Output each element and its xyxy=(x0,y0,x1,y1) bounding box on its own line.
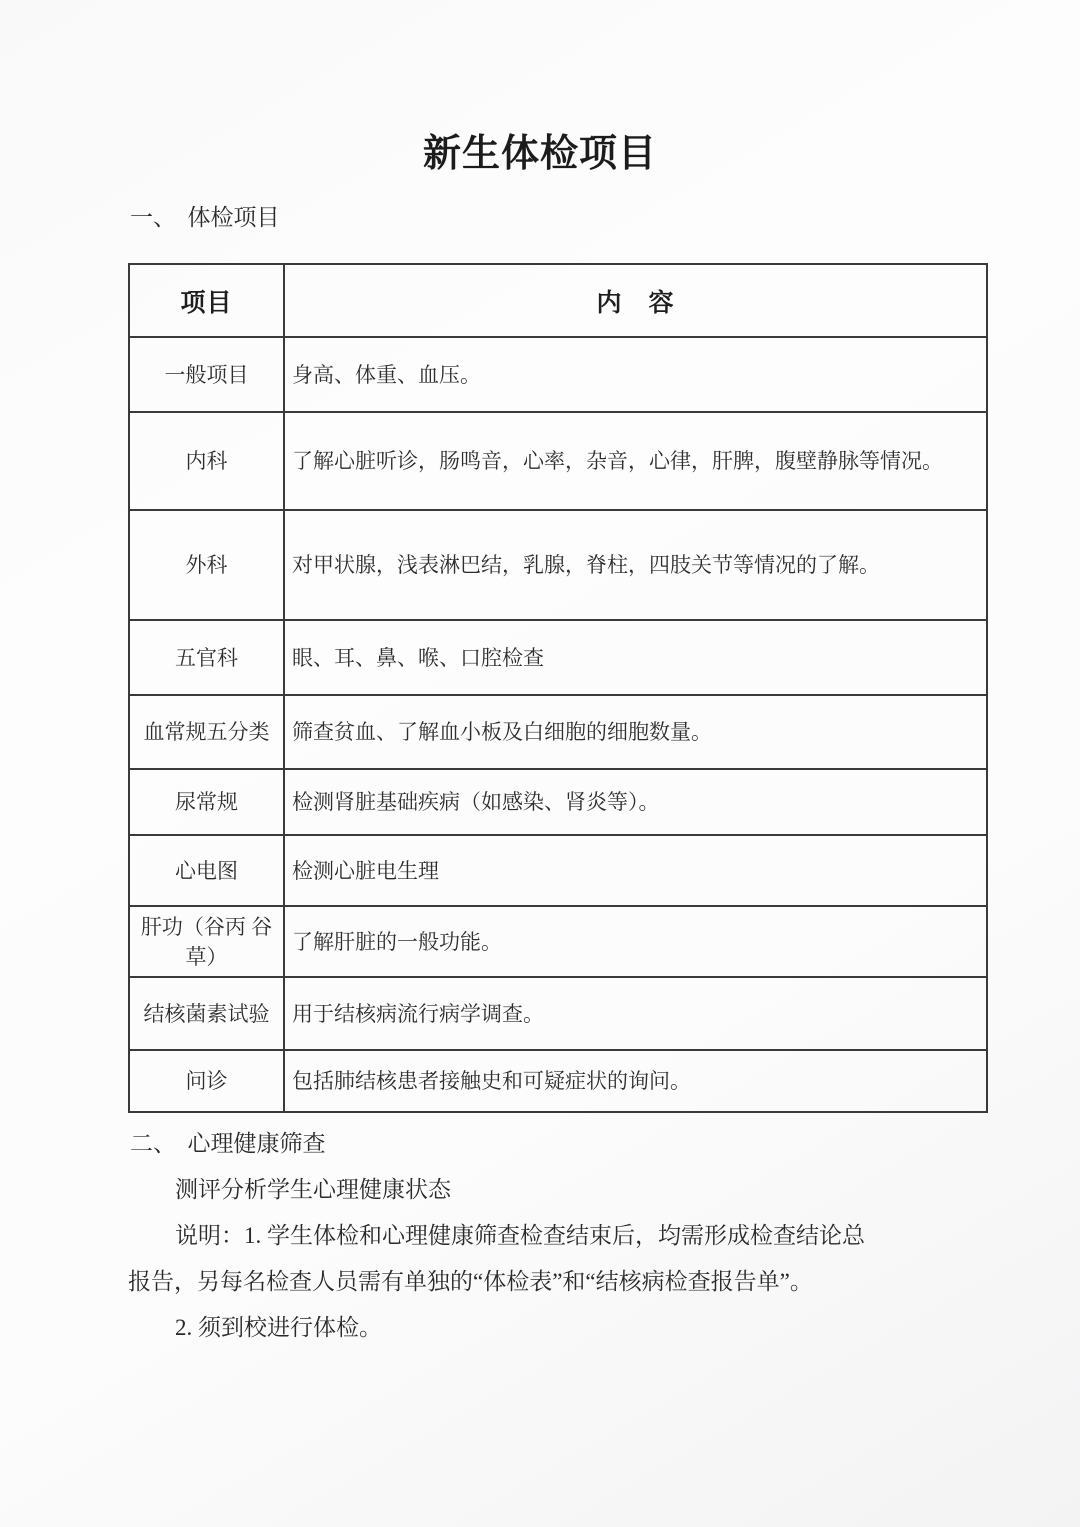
content-cell: 了解肝脏的一般功能。 xyxy=(284,906,987,977)
item-cell: 结核菌素试验 xyxy=(129,977,284,1050)
table-row: 内科 了解心脏听诊，肠鸣音，心率，杂音，心律，肝脾，腹壁静脉等情况。 xyxy=(129,412,987,510)
paragraph-note-line1: 说明：1. 学生体检和心理健康筛查检查结束后，均需形成检查结论总 xyxy=(128,1213,985,1259)
content-cell: 检测心脏电生理 xyxy=(284,835,987,906)
item-cell: 心电图 xyxy=(129,835,284,906)
item-cell: 内科 xyxy=(129,412,284,510)
item-cell: 尿常规 xyxy=(129,769,284,835)
table-row: 肝功（谷丙 谷草） 了解肝脏的一般功能。 xyxy=(129,906,987,977)
table-header-row: 项目 内 容 xyxy=(129,264,987,337)
section2-heading: 二、 心理健康筛查 xyxy=(130,1121,1080,1167)
content-cell: 筛查贫血、了解血小板及白细胞的细胞数量。 xyxy=(284,695,987,769)
item-cell: 肝功（谷丙 谷草） xyxy=(129,906,284,977)
column-header-content: 内 容 xyxy=(284,264,987,337)
item-cell: 一般项目 xyxy=(129,337,284,412)
content-cell: 对甲状腺，浅表淋巴结，乳腺，脊柱，四肢关节等情况的了解。 xyxy=(284,510,987,620)
table-row: 结核菌素试验 用于结核病流行病学调查。 xyxy=(129,977,987,1050)
document-title: 新生体检项目 xyxy=(0,0,1080,177)
table-row: 血常规五分类 筛查贫血、了解血小板及白细胞的细胞数量。 xyxy=(129,695,987,769)
item-cell: 五官科 xyxy=(129,620,284,695)
section1-heading: 一、 体检项目 xyxy=(130,195,1080,241)
content-cell: 检测肾脏基础疾病（如感染、肾炎等）。 xyxy=(284,769,987,835)
table-row: 心电图 检测心脏电生理 xyxy=(129,835,987,906)
paragraph-note-line2: 报告，另每名检查人员需有单独的“体检表”和“结核病检查报告单”。 xyxy=(128,1259,985,1305)
table-row: 问诊 包括肺结核患者接触史和可疑症状的询问。 xyxy=(129,1050,987,1112)
content-cell: 包括肺结核患者接触史和可疑症状的询问。 xyxy=(284,1050,987,1112)
content-cell: 用于结核病流行病学调查。 xyxy=(284,977,987,1050)
column-header-item: 项目 xyxy=(129,264,284,337)
paragraph-psych-desc: 测评分析学生心理健康状态 xyxy=(128,1167,985,1213)
item-cell: 血常规五分类 xyxy=(129,695,284,769)
table-row: 外科 对甲状腺，浅表淋巴结，乳腺，脊柱，四肢关节等情况的了解。 xyxy=(129,510,987,620)
table-row: 一般项目 身高、体重、血压。 xyxy=(129,337,987,412)
table-row: 尿常规 检测肾脏基础疾病（如感染、肾炎等）。 xyxy=(129,769,987,835)
item-cell: 外科 xyxy=(129,510,284,620)
exam-items-table: 项目 内 容 一般项目 身高、体重、血压。 内科 了解心脏听诊，肠鸣音，心率，杂… xyxy=(128,263,988,1113)
content-cell: 了解心脏听诊，肠鸣音，心率，杂音，心律，肝脾，腹壁静脉等情况。 xyxy=(284,412,987,510)
table-row: 五官科 眼、耳、鼻、喉、口腔检查 xyxy=(129,620,987,695)
content-cell: 眼、耳、鼻、喉、口腔检查 xyxy=(284,620,987,695)
document-page: 新生体检项目 一、 体检项目 项目 内 容 一般项目 身高、体重、血压。 内科 … xyxy=(0,0,1080,1527)
paragraph-note-line3: 2. 须到校进行体检。 xyxy=(128,1305,985,1351)
content-cell: 身高、体重、血压。 xyxy=(284,337,987,412)
item-cell: 问诊 xyxy=(129,1050,284,1112)
